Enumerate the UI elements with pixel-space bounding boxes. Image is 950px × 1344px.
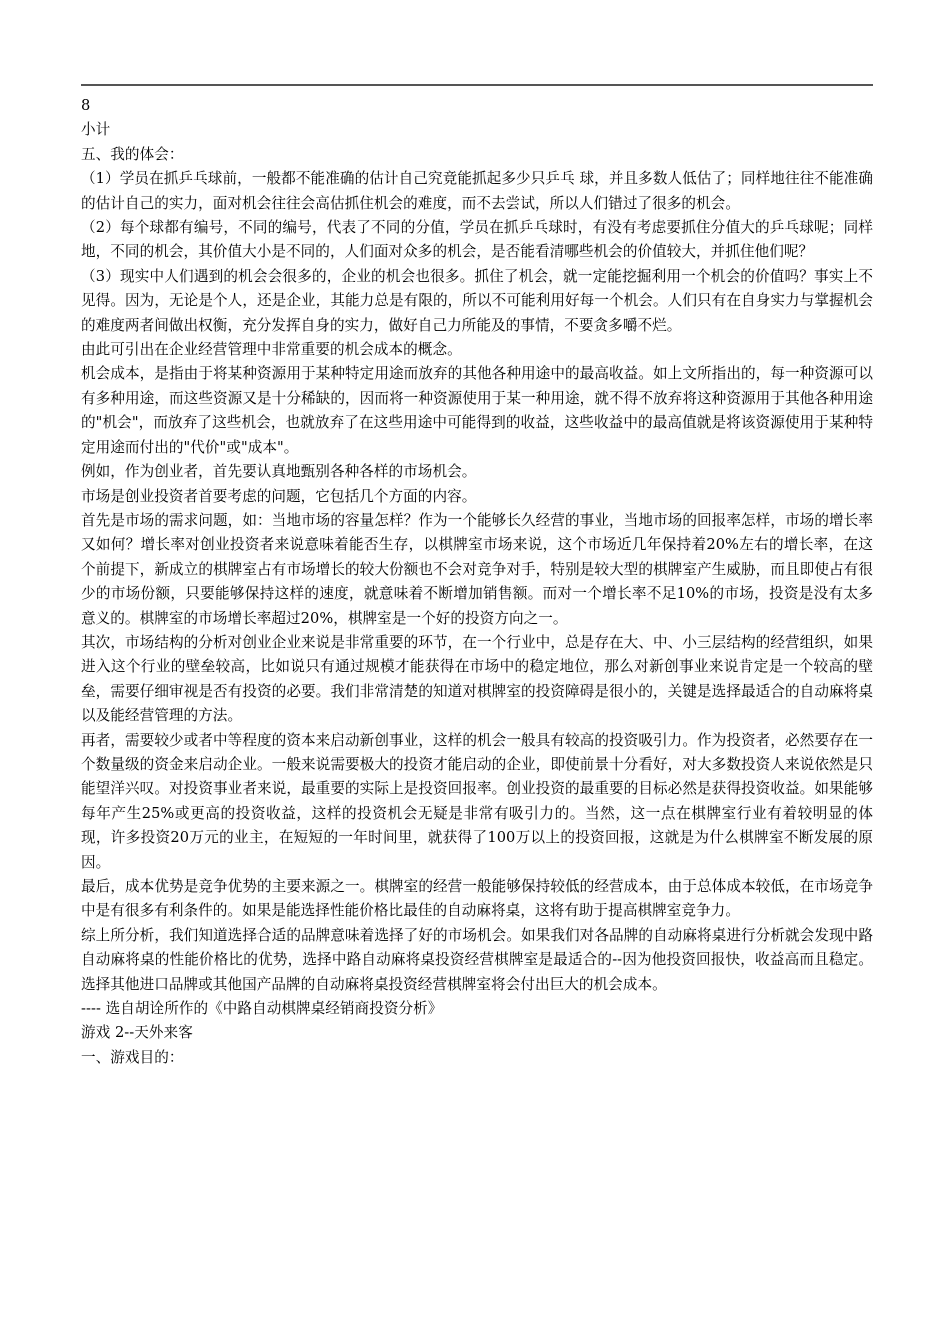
paragraph-cost-advantage: 最后，成本优势是竞争优势的主要来源之一。棋牌室的经营一般能够保持较低的经营成本，… xyxy=(81,875,873,924)
paragraph-reflection-3: （3）现实中人们遇到的机会会很多的，企业的机会也很多。抓住了机会，就一定能挖掘利… xyxy=(81,265,873,338)
section-heading-reflections: 五、我的体会： xyxy=(81,143,873,167)
table-row-number: 8 xyxy=(81,94,873,118)
paragraph-reflection-1: （1）学员在抓乒乓球前，一般都不能准确的估计自己究竟能抓起多少只乒乓 球，并且多… xyxy=(81,167,873,216)
paragraph-example: 例如，作为创业者，首先要认真地甄别各种各样的市场机会。 xyxy=(81,460,873,484)
paragraph-market-structure: 其次，市场结构的分析对创业企业来说是非常重要的环节，在一个行业中，总是存在大、中… xyxy=(81,631,873,729)
paragraph-market-demand: 首先是市场的需求问题，如：当地市场的容量怎样？作为一个能够长久经营的事业，当地市… xyxy=(81,509,873,631)
paragraph-opportunity-cost-intro: 由此可引出在企业经营管理中非常重要的机会成本的概念。 xyxy=(81,338,873,362)
game-2-title: 游戏 2--天外来客 xyxy=(81,1021,873,1045)
paragraph-reflection-2: （2）每个球都有编号，不同的编号，代表了不同的分值，学员在抓乒乓球时，有没有考虑… xyxy=(81,216,873,265)
source-citation: ---- 选自胡诠所作的《中路自动棋牌桌经销商投资分析》 xyxy=(81,997,873,1021)
section-heading-game-purpose: 一、游戏目的： xyxy=(81,1046,873,1070)
paragraph-opportunity-cost-definition: 机会成本，是指由于将某种资源用于某种特定用途而放弃的其他各种用途中的最高收益。如… xyxy=(81,362,873,460)
paragraph-conclusion: 综上所分析，我们知道选择合适的品牌意味着选择了好的市场机会。如果我们对各品牌的自… xyxy=(81,924,873,997)
paragraph-market-intro: 市场是创业投资者首要考虑的问题，它包括几个方面的内容。 xyxy=(81,485,873,509)
paragraph-capital: 再者，需要较少或者中等程度的资本来启动新创事业，这样的机会一般具有较高的投资吸引… xyxy=(81,729,873,875)
subtotal-label: 小计 xyxy=(81,118,873,142)
document-page: 8 小计 五、我的体会： （1）学员在抓乒乓球前，一般都不能准确的估计自己究竟能… xyxy=(81,84,873,1070)
horizontal-rule xyxy=(81,84,873,86)
